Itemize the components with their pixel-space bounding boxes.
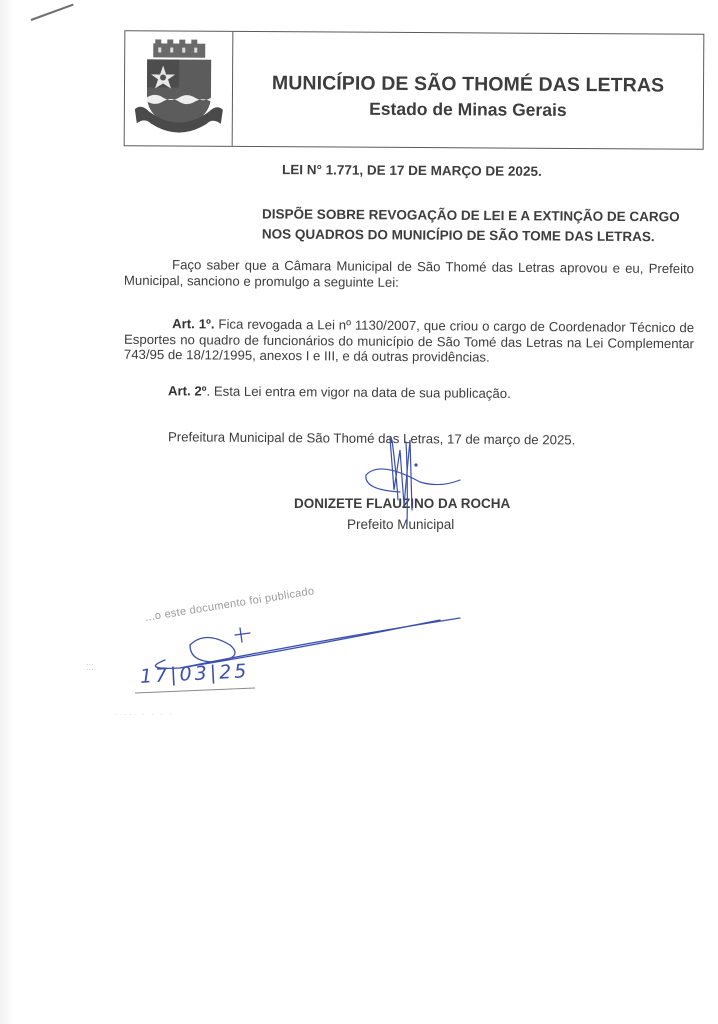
stamp-faint-mark: ····· · · · · <box>115 710 174 719</box>
article-1: Art. 1º. Fica revogada a Lei nº 1130/200… <box>124 316 694 367</box>
publication-stamp-icon <box>80 590 480 730</box>
publication-year: 25 <box>219 660 250 684</box>
publication-day: 17 <box>139 664 170 688</box>
scan-pen-mark <box>31 4 74 21</box>
stamp-faint-mark: ⁚⁚⁚ <box>86 663 94 672</box>
municipality-title: MUNICÍPIO DE SÃO THOMÉ DAS LETRAS <box>233 72 703 98</box>
article-2: Art. 2º. Esta Lei entra em vigor na data… <box>168 383 608 402</box>
law-summary: DISPÕE SOBRE REVOGAÇÃO DE LEI E A EXTINÇ… <box>262 204 702 247</box>
intro-paragraph: Faço saber que a Câmara Municipal de São… <box>124 257 694 292</box>
coat-of-arms-icon <box>131 37 228 138</box>
publication-month: 03 <box>179 662 210 686</box>
intro-text: Faço saber que a Câmara Municipal de São… <box>124 257 694 289</box>
law-number: LEI N° 1.771, DE 17 DE MARÇO DE 2025. <box>282 162 542 179</box>
article-2-text: . Esta Lei entra em vigor na data de sua… <box>206 384 510 401</box>
state-subtitle: Estado de Minas Gerais <box>233 98 703 122</box>
law-summary-line: NOS QUADROS DO MUNICÍPIO DE SÃO TOME DAS… <box>262 224 702 247</box>
article-1-label: Art. 1º. <box>172 316 215 331</box>
scan-edge-shadow <box>0 0 14 1024</box>
handwritten-signature-icon <box>360 430 480 540</box>
article-2-label: Art. 2º <box>168 383 207 398</box>
letterhead: MUNICÍPIO DE SÃO THOMÉ DAS LETRAS Estado… <box>124 30 705 150</box>
